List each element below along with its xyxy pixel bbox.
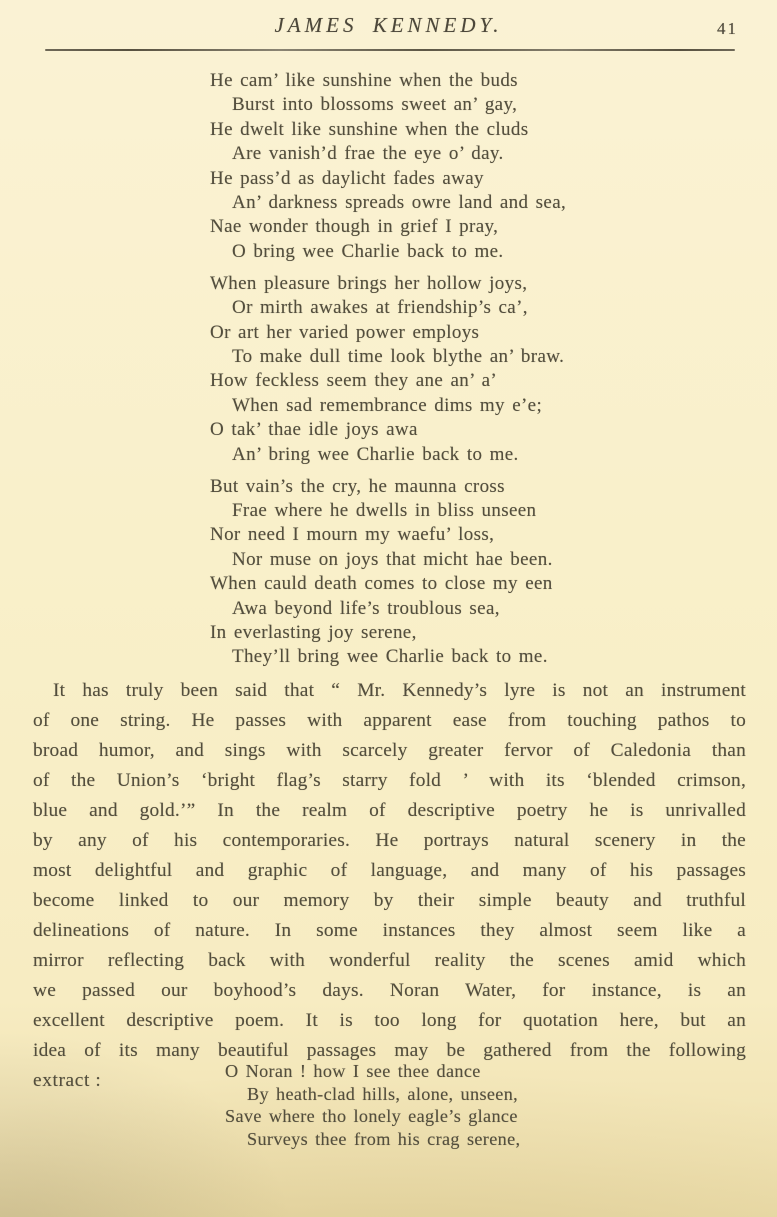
poem-line: Nae wonder though in grief I pray,: [210, 215, 566, 239]
poem-line: Are vanish’d frae the eye o’ day.: [210, 142, 566, 166]
poem-line: An’ bring wee Charlie back to me.: [210, 443, 566, 467]
prose-line: of one string. He passes with apparent e…: [33, 706, 746, 736]
prose-paragraph: It has truly been said that “ Mr. Kenned…: [33, 676, 746, 1096]
poem-line: Nor need I mourn my waefu’ loss,: [210, 523, 566, 547]
poem-line: O bring wee Charlie back to me.: [210, 240, 566, 264]
prose-line: most delightful and graphic of language,…: [33, 856, 746, 886]
prose-line: become linked to our memory by their sim…: [33, 886, 746, 916]
poem-line: When sad remembrance dims my e’e;: [210, 394, 566, 418]
poem-line: Burst into blossoms sweet an’ gay,: [210, 93, 566, 117]
poem-line: He cam’ like sunshine when the buds: [210, 69, 566, 93]
prose-line: mirror reflecting back with wonderful re…: [33, 946, 746, 976]
prose-line: by any of his contemporaries. He portray…: [33, 826, 746, 856]
poem-line: When pleasure brings her hollow joys,: [210, 272, 566, 296]
poem-line: He dwelt like sunshine when the cluds: [210, 118, 566, 142]
poem-line: He pass’d as daylicht fades away: [210, 167, 566, 191]
poem-line: Surveys thee from his crag serene,: [225, 1128, 520, 1151]
poem-line: Frae where he dwells in bliss unseen: [210, 499, 566, 523]
book-page: JAMES KENNEDY. 41 He cam’ like sunshine …: [0, 0, 777, 1217]
poem-line: An’ darkness spreads owre land and sea,: [210, 191, 566, 215]
poem-stanza-1: He cam’ like sunshine when the buds Burs…: [210, 69, 566, 264]
running-head-title: JAMES KENNEDY.: [0, 13, 777, 37]
header-rule: [45, 49, 735, 51]
poem-line: O tak’ thae idle joys awa: [210, 418, 566, 442]
poem-noran-extract: O Noran ! how I see thee dance By heath-…: [225, 1060, 520, 1150]
poem-line: Or mirth awakes at friendship’s ca’,: [210, 296, 566, 320]
poem-line: They’ll bring wee Charlie back to me.: [210, 645, 566, 669]
poem-stanza-3: But vain’s the cry, he maunna cross Frae…: [210, 475, 566, 670]
poem-line: By heath-clad hills, alone, unseen,: [225, 1083, 520, 1106]
page-number: 41: [717, 19, 738, 39]
prose-line: excellent descriptive poem. It is too lo…: [33, 1006, 746, 1036]
poem-line: But vain’s the cry, he maunna cross: [210, 475, 566, 499]
prose-line: delineations of nature. In some instance…: [33, 916, 746, 946]
prose-line: we passed our boyhood’s days. Noran Wate…: [33, 976, 746, 1006]
poem-line: How feckless seem they ane an’ a’: [210, 369, 566, 393]
poem-stanza-2: When pleasure brings her hollow joys, Or…: [210, 272, 566, 467]
poem-line: Nor muse on joys that micht hae been.: [210, 548, 566, 572]
poem-wee-charlie: He cam’ like sunshine when the buds Burs…: [210, 69, 566, 677]
poem-line: To make dull time look blythe an’ braw.: [210, 345, 566, 369]
prose-line: of the Union’s ‘bright flag’s starry fol…: [33, 766, 746, 796]
prose-line: broad humor, and sings with scarcely gre…: [33, 736, 746, 766]
prose-line: blue and gold.’” In the realm of descrip…: [33, 796, 746, 826]
poem-line: O Noran ! how I see thee dance: [225, 1060, 520, 1083]
poem-line: In everlasting joy serene,: [210, 621, 566, 645]
poem-line: Save where tho lonely eagle’s glance: [225, 1105, 520, 1128]
poem-line: When cauld death comes to close my een: [210, 572, 566, 596]
poem-line: Or art her varied power employs: [210, 321, 566, 345]
poem-line: Awa beyond life’s troublous sea,: [210, 597, 566, 621]
prose-line: It has truly been said that “ Mr. Kenned…: [33, 676, 746, 706]
